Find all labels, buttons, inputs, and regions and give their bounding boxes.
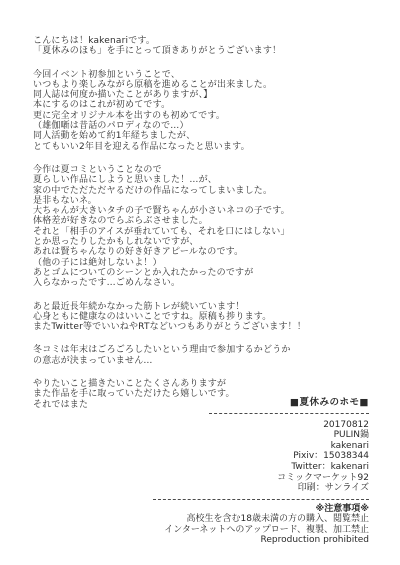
text-line: 更に完全オリジナル本を出すのも初めてです。 — [33, 111, 384, 121]
text-line: 20170812 — [153, 420, 369, 431]
text-line: 「夏休みのほも」を手にとって頂きありがとうございます！ — [33, 46, 384, 56]
paragraph-winter-comiket: 冬コミは年末はごろごろしたいという理由で参加するかどうかの意志が決まっていません… — [33, 345, 384, 366]
text-line: 印刷：サンライズ — [153, 483, 369, 494]
book-title: ■夏休みのホモ■ — [153, 398, 369, 409]
text-line: 大ちゃんが大きいタチの子で賢ちゃんが小さいネコの子です。 — [33, 206, 384, 216]
credits-list: 20170812PULIN鍋kakenariPixiv：15038344Twit… — [153, 420, 369, 494]
text-line: とか思ったりしたかもしれないですが、 — [33, 237, 384, 247]
colophon: ■夏休みのホモ■ 20170812PULIN鍋kakenariPixiv：150… — [153, 398, 369, 546]
text-line: kakenari — [153, 441, 369, 452]
notice-lines: 高校生を含む18歳未満の方の購入、閲覧禁止インターネットへのアップロード、複製、… — [153, 514, 369, 545]
notice-block: ※注意事項※ 高校生を含む18歳未満の方の購入、閲覧禁止インターネットへのアップ… — [153, 504, 369, 546]
paragraph-about-work: 今作は夏コミということなので夏らしい作品にしようと思いました！…が、家の中でただ… — [33, 165, 384, 289]
text-line: PULIN鍋 — [153, 430, 369, 441]
text-line: あとゴムについてのシーンとか入れたかったのですが — [33, 268, 384, 278]
text-line: 今回イベント初参加ということで、 — [33, 70, 384, 80]
text-line: あれは賢ちゃんなりの好き好きアピールなのです。 — [33, 247, 384, 257]
text-line: とてもいい2年目を迎える作品になったと思います。 — [33, 142, 384, 152]
text-line: 夏らしい作品にしようと思いました！…が、 — [33, 175, 384, 185]
text-line: 家の中でただただヤるだけの作品になってしまいました。 — [33, 186, 384, 196]
text-line: こんにちは！kakenariです。 — [33, 36, 384, 46]
text-line: あと最近長年続かなかった筋トレが続いています！ — [33, 302, 384, 312]
divider-dashed-top — [209, 413, 369, 414]
text-line: Pixiv：15038344 — [153, 451, 369, 462]
paragraph-greeting: こんにちは！kakenariです。「夏休みのほも」を手にとって頂きありがとうござ… — [33, 36, 384, 57]
text-line: の意志が決まっていません… — [33, 356, 384, 366]
text-line: 体格差が好きなのでらぶらぶさせました。 — [33, 216, 384, 226]
afterword-page: こんにちは！kakenariです。「夏休みのほも」を手にとって頂きありがとうござ… — [0, 0, 400, 565]
text-line: 冬コミは年末はごろごろしたいという理由で参加するかどうか — [33, 345, 384, 355]
text-line: （雄伽噺は昔話のパロディなので…） — [33, 121, 384, 131]
afterword-text: こんにちは！kakenariです。「夏休みのほも」を手にとって頂きありがとうござ… — [33, 36, 384, 410]
text-line: それと「相手のアイスが垂れていても、それを口にはしない」 — [33, 227, 384, 237]
text-line: 心身ともに健康なのはいいことですね。原稿も捗ります。 — [33, 312, 384, 322]
text-line: コミックマーケット92 — [153, 473, 369, 484]
text-line: 是非もないネ。 — [33, 196, 384, 206]
text-line: 同人活動を始めて約1年経ちましたが、 — [33, 131, 384, 141]
divider-dashed-bottom — [153, 499, 369, 500]
text-line: 入らなかったです…ごめんなさい。 — [33, 278, 384, 288]
text-line: 今作は夏コミということなので — [33, 165, 384, 175]
text-line: 高校生を含む18歳未満の方の購入、閲覧禁止 — [153, 514, 369, 524]
text-line: いつもより楽しみながら原稿を進めることが出来ました。 — [33, 80, 384, 90]
text-line: Reproduction prohibited — [153, 535, 369, 545]
text-line: 同人誌は何度か描いたことがありますが、】 — [33, 90, 384, 100]
text-line: Twitter：kakenari — [153, 462, 369, 473]
notice-heading: ※注意事項※ — [153, 504, 369, 515]
text-line: またTwitter等でいいねやRTなどいつもありがとうございます！！ — [33, 322, 384, 332]
text-line: （他の子には絶対しないよ！） — [33, 258, 384, 268]
text-line: やりたいこと描きたいことたくさんありますが — [33, 379, 384, 389]
paragraph-training: あと最近長年続かなかった筋トレが続いています！心身ともに健康なのはいいことですね… — [33, 302, 384, 333]
text-line: インターネットへのアップロード、複製、加工禁止 — [153, 525, 369, 535]
paragraph-first-event: 今回イベント初参加ということで、いつもより楽しみながら原稿を進めることが出来まし… — [33, 70, 384, 152]
text-line: 本にするのはこれが初めてです。 — [33, 100, 384, 110]
